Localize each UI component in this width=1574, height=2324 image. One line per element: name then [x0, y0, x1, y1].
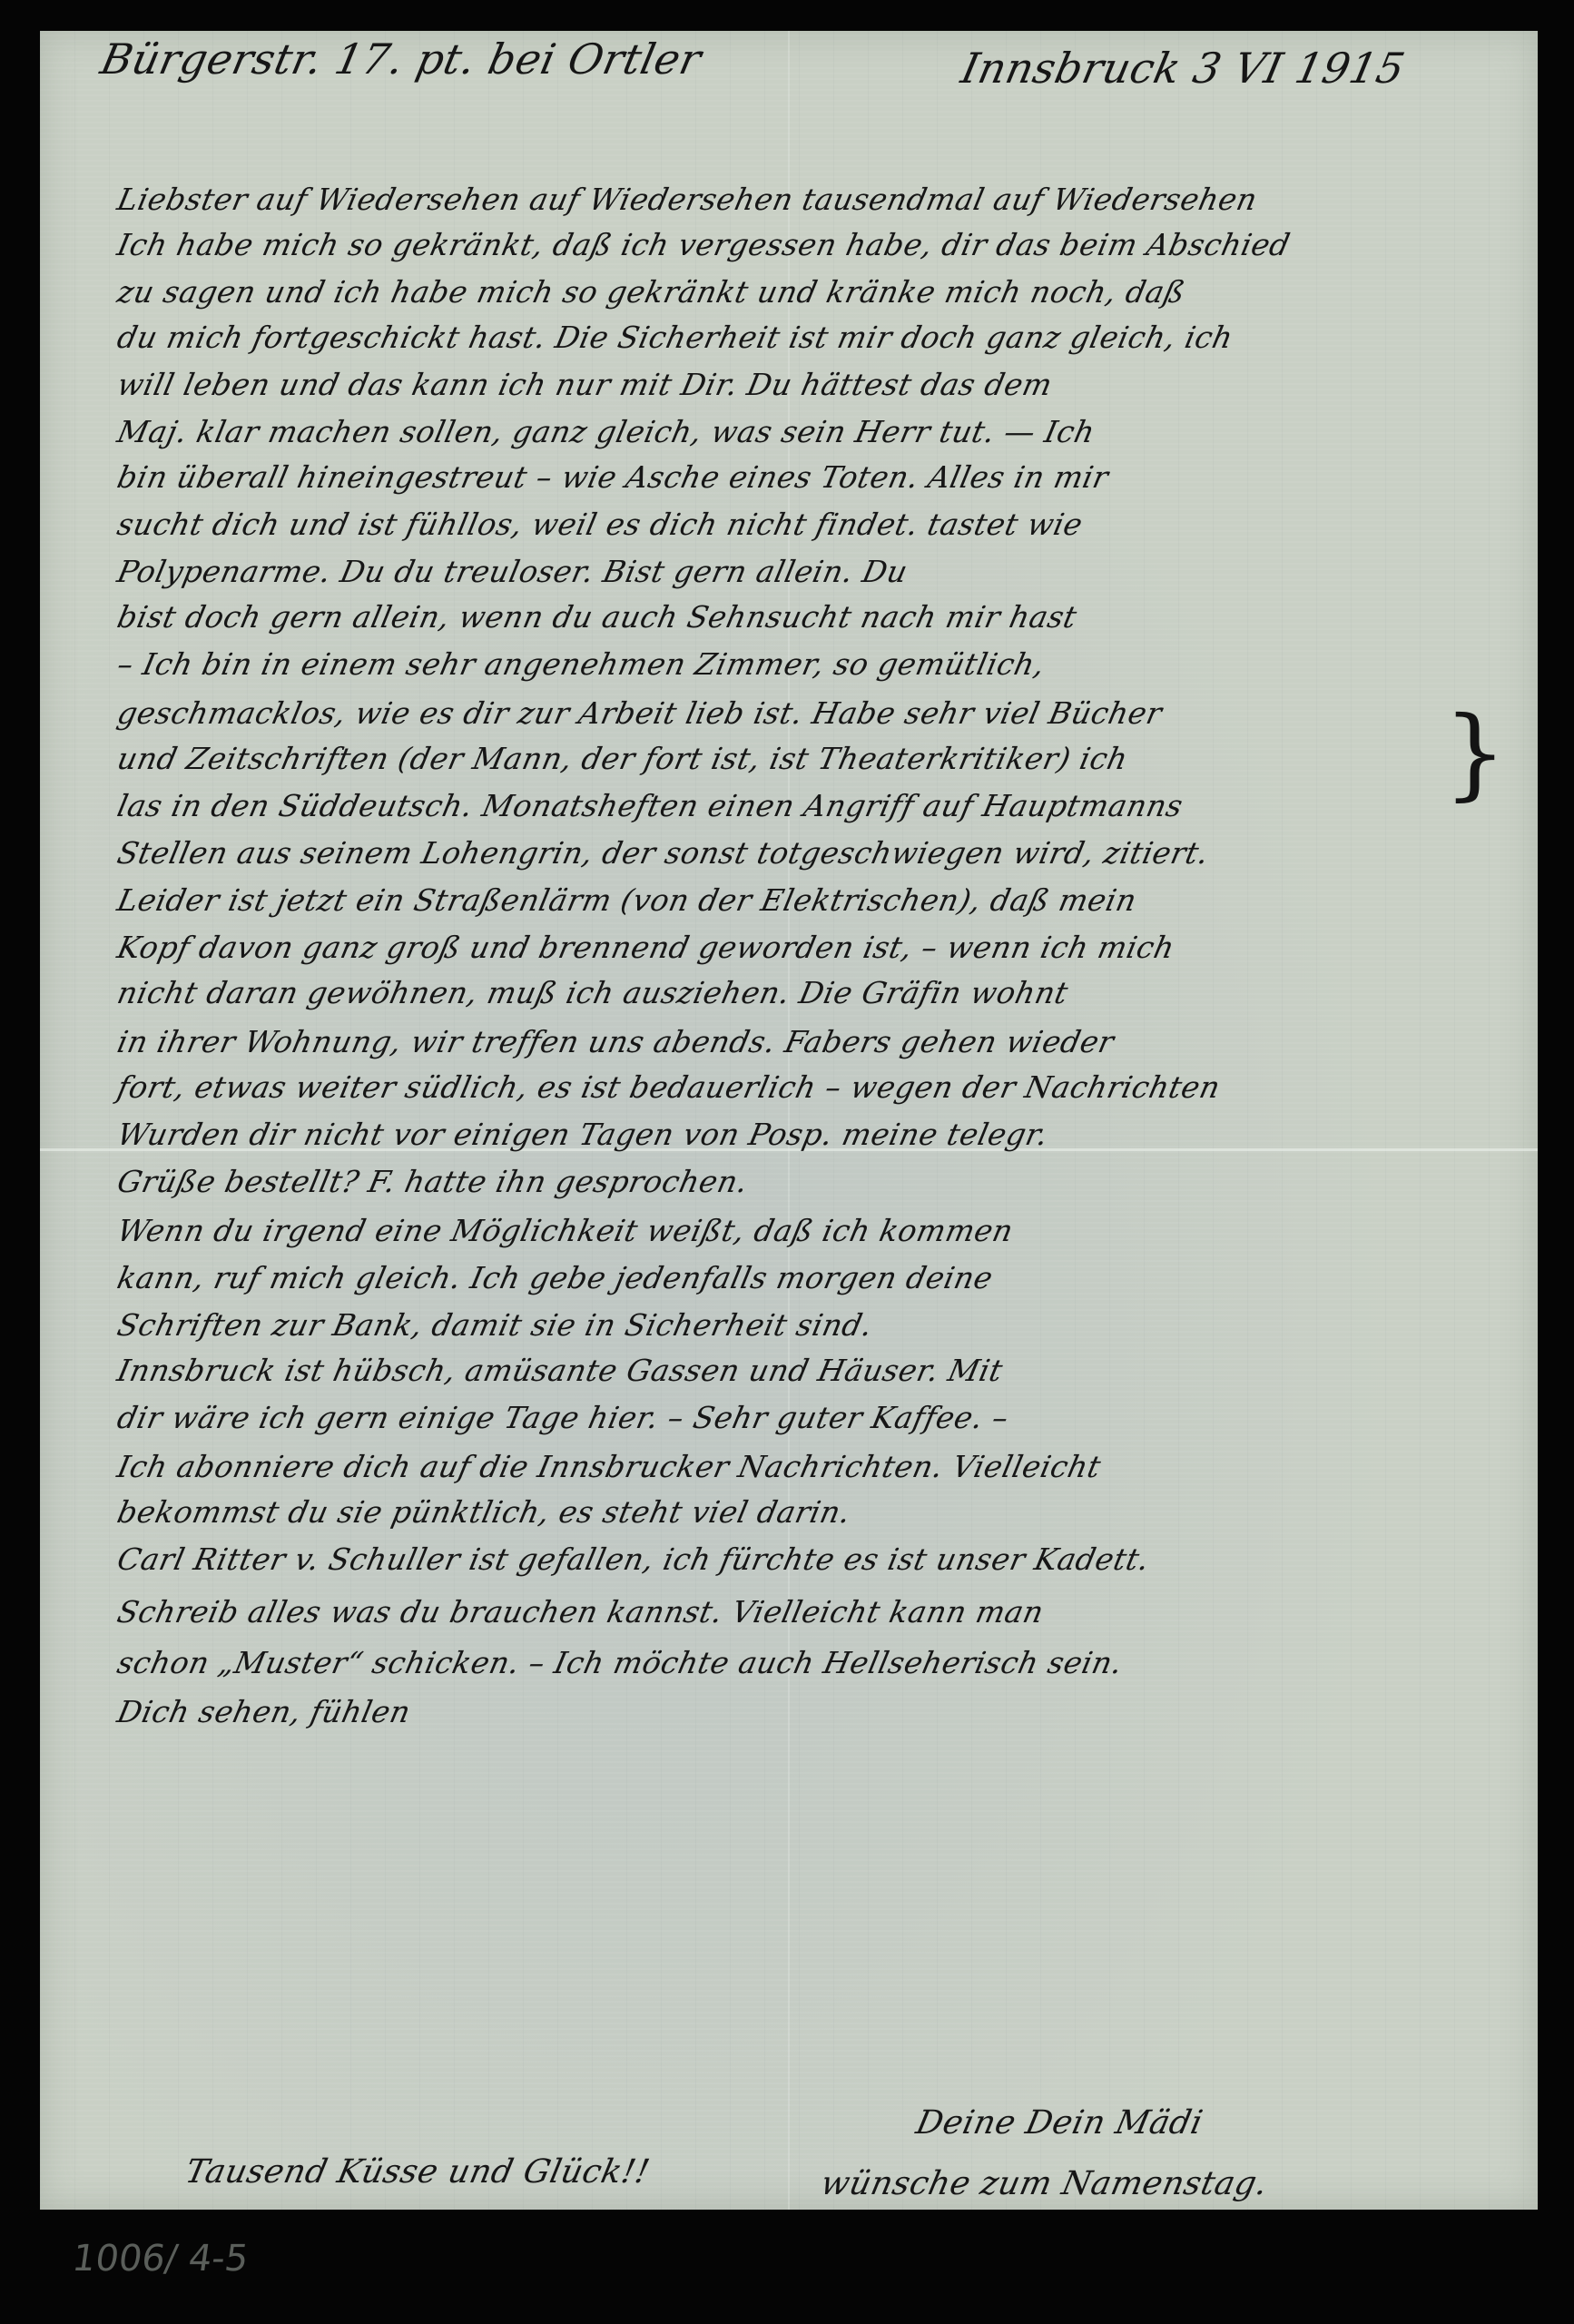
sender-address: Bürgerstr. 17. pt. bei Ortler: [96, 34, 705, 84]
letter-line: und Zeitschriften (der Mann, der fort is…: [114, 741, 1131, 776]
letter-line: in ihrer Wohnung, wir treffen uns abends…: [114, 1024, 1117, 1059]
place-date: Innsbruck 3 VI 1915: [957, 44, 1409, 93]
letter-line: Leider ist jetzt ein Straßenlärm (von de…: [114, 882, 1140, 918]
letter-line: Kopf davon ganz groß und brennend geword…: [114, 930, 1178, 965]
letter-line: Liebster auf Wiedersehen auf Wiedersehen…: [114, 182, 1261, 217]
letter-line: Wenn du irgend eine Möglichkeit weißt, d…: [114, 1213, 1017, 1248]
letter-line: geschmacklos, wie es dir zur Arbeit lieb…: [114, 695, 1166, 731]
letter-line: Stellen aus seinem Lohengrin, der sonst …: [114, 835, 1213, 871]
letter-line: – Ich bin in einem sehr angenehmen Zimme…: [114, 646, 1048, 682]
letter-line: Innsbruck ist hübsch, amüsante Gassen un…: [114, 1353, 1006, 1388]
letter-line: Schriften zur Bank, damit sie in Sicherh…: [114, 1307, 876, 1343]
letter-line: las in den Süddeutsch. Monatsheften eine…: [114, 788, 1186, 823]
closing-signature: Deine Dein Mädi: [913, 2104, 1206, 2142]
letter-line: zu sagen und ich habe mich so gekränkt u…: [114, 274, 1188, 310]
letter-line: Schreib alles was du brauchen kannst. Vi…: [114, 1594, 1048, 1630]
letter-line: Dich sehen, fühlen: [114, 1694, 414, 1729]
letter-line: Ich habe mich so gekränkt, daß ich verge…: [114, 227, 1294, 262]
letter-line: bekommst du sie pünktlich, es steht viel…: [114, 1494, 854, 1530]
letter-line: sucht dich und ist fühllos, weil es dich…: [114, 507, 1087, 542]
letter-line: kann, ruf mich gleich. Ich gebe jedenfal…: [114, 1260, 997, 1295]
letter-line: schon „Muster“ schicken. – Ich möchte au…: [114, 1645, 1126, 1680]
letter-line: bin überall hineingestreut – wie Asche e…: [114, 459, 1112, 495]
archive-number: 1006/ 4-5: [70, 2238, 251, 2280]
letter-line: Polypenarme. Du du treuloser. Bist gern …: [114, 554, 911, 589]
letter-line: Maj. klar machen sollen, ganz gleich, wa…: [114, 414, 1098, 449]
closing-kisses: Tausend Küsse und Glück!!: [182, 2153, 654, 2191]
letter-line: will leben und das kann ich nur mit Dir.…: [114, 367, 1056, 402]
letter-line: bist doch gern allein, wenn du auch Sehn…: [114, 599, 1080, 635]
margin-brace-mark: }: [1443, 694, 1507, 811]
letter-line: du mich fortgeschickt hast. Die Sicherhe…: [114, 320, 1236, 355]
letter-line: nicht daran gewöhnen, muß ich ausziehen.…: [114, 975, 1072, 1010]
letter-line: dir wäre ich gern einige Tage hier. – Se…: [114, 1400, 1012, 1435]
letter-line: Wurden dir nicht vor einigen Tagen von P…: [114, 1117, 1051, 1152]
letter-line: Carl Ritter v. Schuller ist gefallen, ic…: [114, 1541, 1153, 1577]
closing-wish: wünsche zum Namenstag.: [818, 2165, 1272, 2202]
letter-line: fort, etwas weiter südlich, es ist bedau…: [114, 1069, 1224, 1105]
letter-line: Grüße bestellt? F. hatte ihn gesprochen.: [114, 1164, 752, 1199]
letter-line: Ich abonniere dich auf die Innsbrucker N…: [114, 1449, 1105, 1484]
